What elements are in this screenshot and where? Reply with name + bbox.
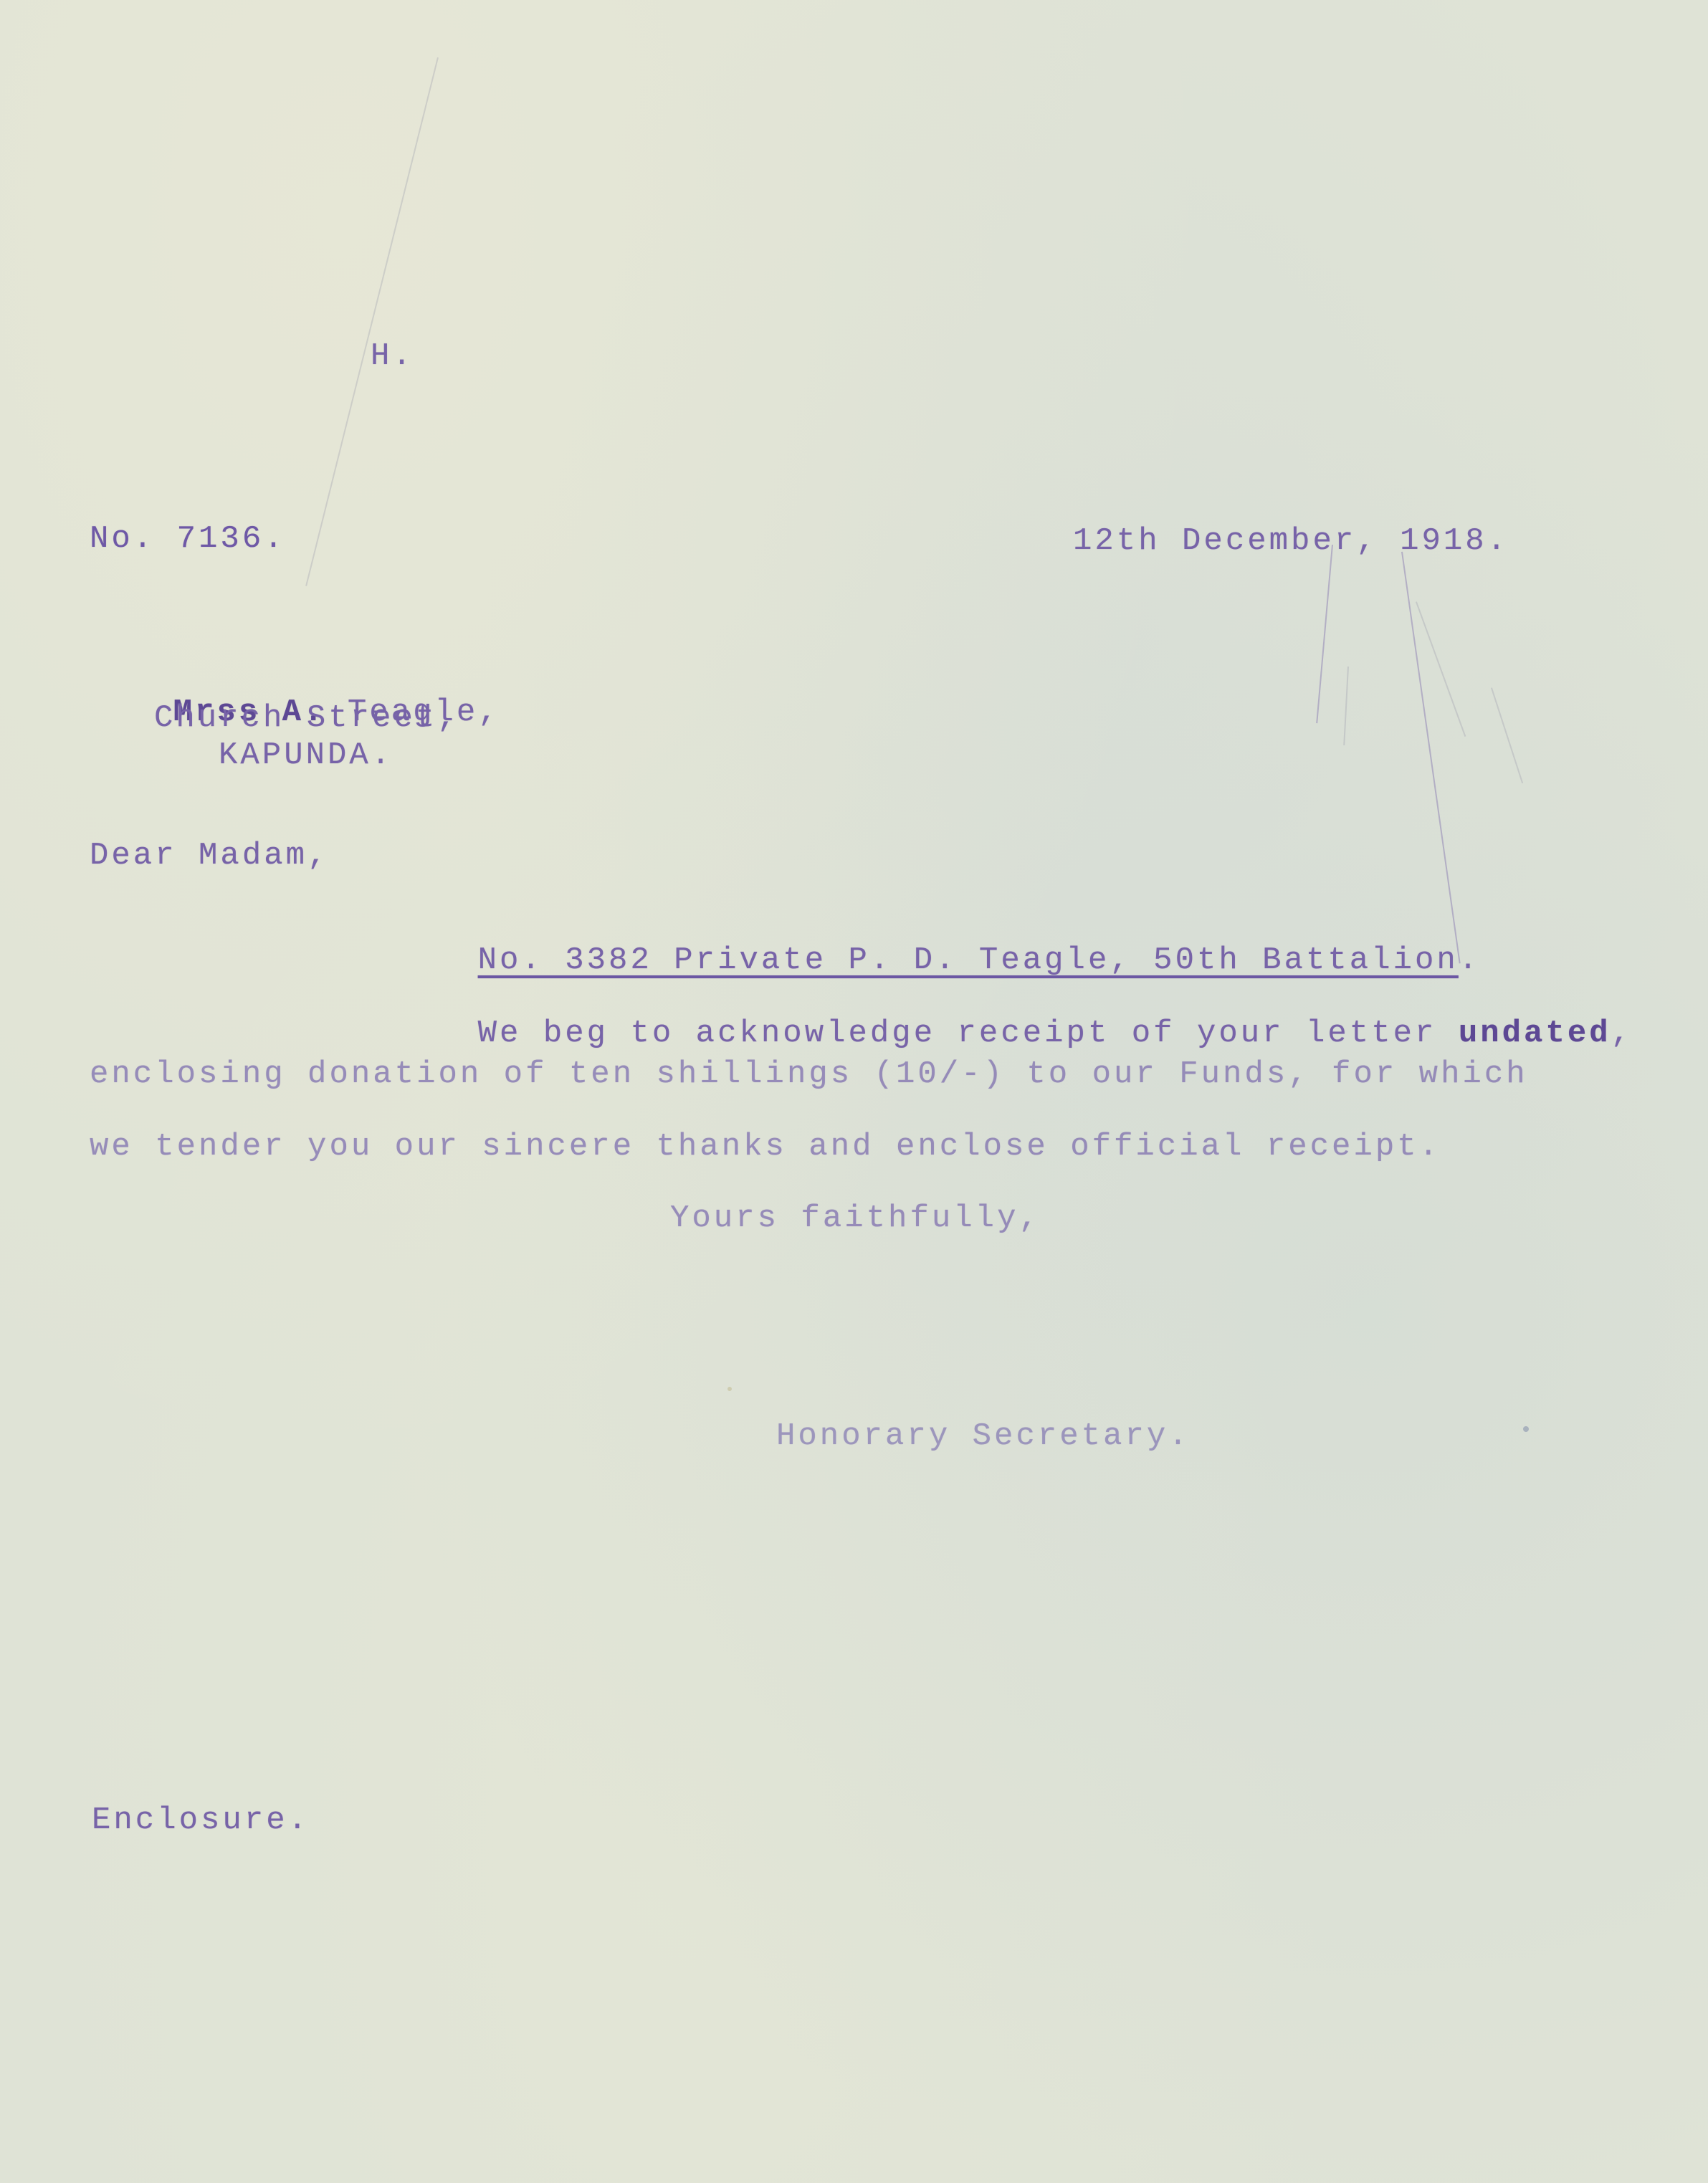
pencil-mark — [1316, 545, 1333, 723]
paper-speck — [727, 1387, 732, 1391]
body-line-1-end: , — [1611, 1016, 1633, 1051]
body-line-1-text: We beg to acknowledge receipt of your le… — [478, 1016, 1459, 1051]
pencil-mark — [1401, 552, 1461, 964]
pencil-mark — [305, 57, 439, 586]
body-line-2: enclosing donation of ten shillings (10/… — [90, 1059, 1528, 1090]
file-mark: H. — [371, 340, 414, 372]
pencil-mark — [1343, 667, 1349, 745]
closing: Yours faithfully, — [670, 1203, 1041, 1234]
overstruck-word: undated — [1459, 1016, 1611, 1051]
letter-page: H. No. 7136. 12th December, 1918. Mrss A… — [0, 0, 1708, 2183]
subject-text: No. 3382 Private P. D. Teagle, 50th Batt… — [478, 942, 1459, 978]
reference-number: No. 7136. — [90, 523, 286, 555]
pencil-mark — [1491, 687, 1523, 783]
recipient-town: KAPUNDA. — [219, 740, 393, 771]
salutation: Dear Madam, — [90, 840, 329, 871]
pencil-mark — [1416, 601, 1466, 737]
letter-date: 12th December, 1918. — [1073, 525, 1509, 557]
recipient-street: Church Street, — [154, 702, 459, 734]
subject-period: . — [1459, 942, 1480, 978]
signatory-title: Honorary Secretary. — [776, 1420, 1191, 1452]
enclosure-note: Enclosure. — [92, 1805, 310, 1836]
paper-speck — [1523, 1426, 1529, 1432]
body-line-3: we tender you our sincere thanks and enc… — [90, 1131, 1441, 1162]
